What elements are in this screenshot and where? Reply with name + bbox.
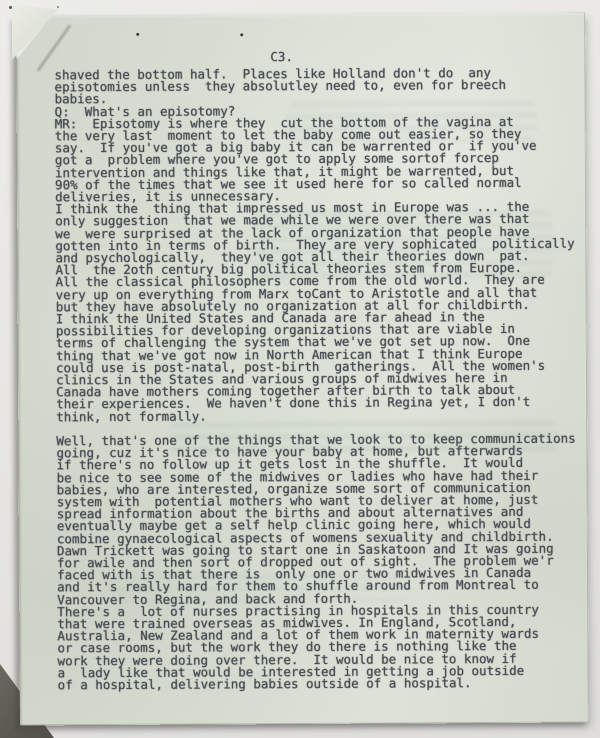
paper-sheet: C3. shaved the bottom half. Places like … <box>16 13 589 726</box>
scan-background: C3. shaved the bottom half. Places like … <box>0 0 600 738</box>
staple-hole <box>136 33 139 36</box>
page-number: C3. <box>270 51 293 63</box>
typewritten-paragraph: shaved the bottom half. Places like Holl… <box>54 67 575 424</box>
dust-speck <box>9 6 12 9</box>
staple-hole <box>240 33 243 36</box>
dust-speck <box>57 6 59 8</box>
typewritten-paragraph: Well, that's one of the things that we l… <box>56 433 577 692</box>
